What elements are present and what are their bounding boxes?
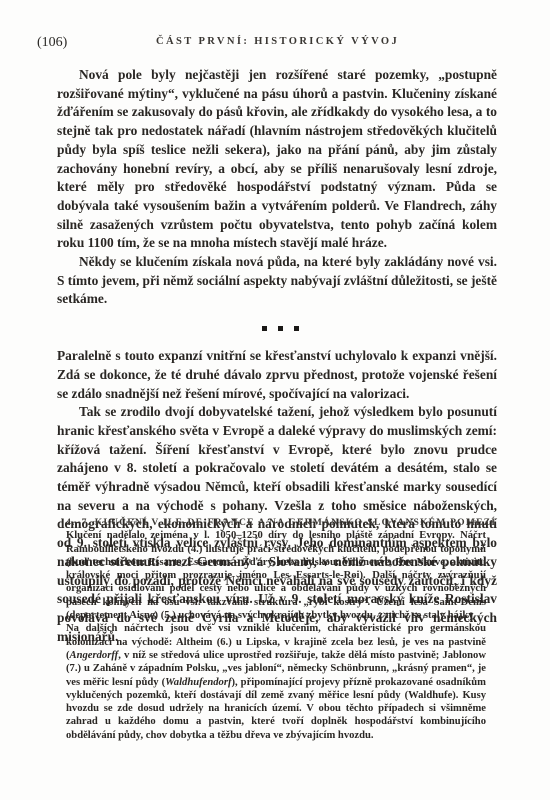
caption-paragraph-1: Klučení nadělalo zejména v l. 1050–1250 … xyxy=(66,529,486,622)
separator-square-icon xyxy=(294,326,299,331)
caption-paragraph-2: Na dalších náčrtech jsou dvě vsi vzniklé… xyxy=(66,622,486,742)
caption-term: Angerdorff xyxy=(70,650,119,661)
paragraph-reclamation: Nová pole byly nejčastěji jen rozšířené … xyxy=(57,66,497,253)
running-head: (106) ČÁST PRVNÍ: HISTORICKÝ VÝVOJ xyxy=(37,35,517,55)
caption-term: Waldhufendorf xyxy=(165,677,231,688)
caption-heading: 4.–7. KLUČENÍ V ILE-DE-FRANCE A NA GERMÁ… xyxy=(66,516,486,529)
page-number: (106) xyxy=(37,35,67,51)
separator-square-icon xyxy=(262,326,267,331)
paragraph-new-villages: Někdy se klučením získala nová půda, na … xyxy=(57,253,497,309)
section-separator xyxy=(63,309,497,347)
book-page: (106) ČÁST PRVNÍ: HISTORICKÝ VÝVOJ Nová … xyxy=(0,0,550,800)
paragraph-external-expansion: Paralelně s touto expanzí vnitřní se kře… xyxy=(57,347,497,403)
caption-title: 4.–7. KLUČENÍ V ILE-DE-FRANCE A NA GERMÁ… xyxy=(66,517,496,528)
chapter-title: ČÁST PRVNÍ: HISTORICKÝ VÝVOJ xyxy=(156,36,399,47)
separator-square-icon xyxy=(278,326,283,331)
figure-caption: 4.–7. KLUČENÍ V ILE-DE-FRANCE A NA GERMÁ… xyxy=(66,516,486,742)
arrow-right-icon: > xyxy=(472,516,478,529)
